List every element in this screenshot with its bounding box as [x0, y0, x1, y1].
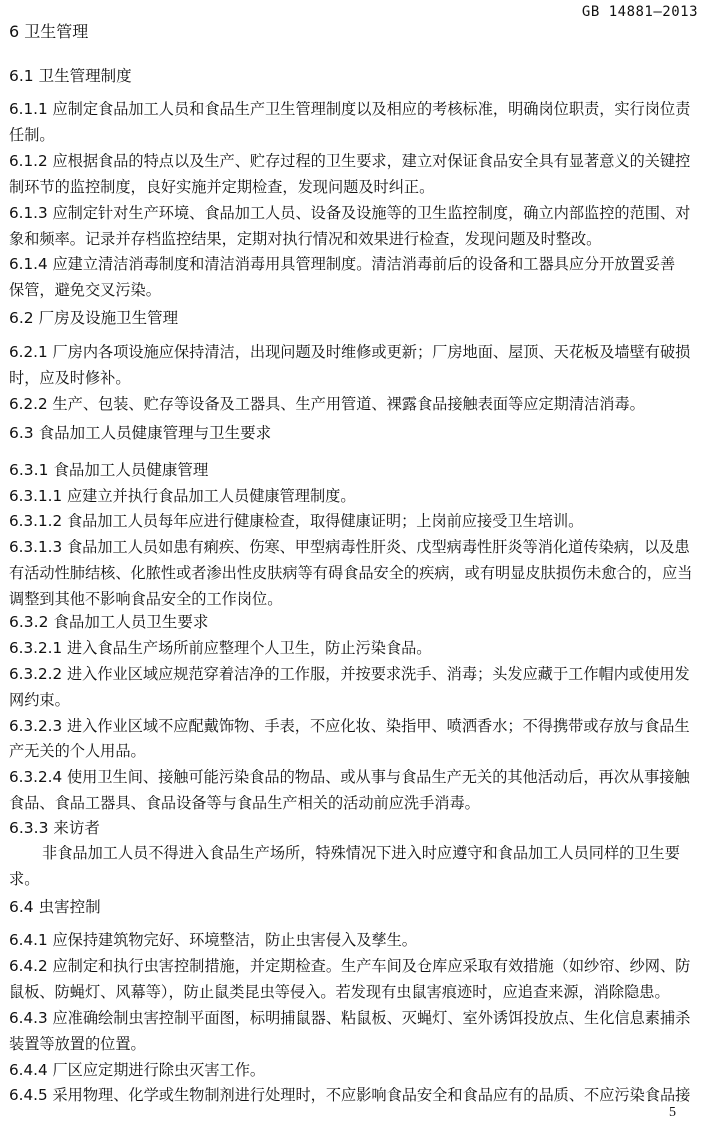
paragraph-line: 求。: [9, 869, 39, 889]
section-heading: 6.4 虫害控制: [9, 897, 101, 917]
page-number: 5: [669, 1105, 676, 1121]
paragraph-line: 6.4.3 应准确绘制虫害控制平面图，标明捕鼠器、粘鼠板、灭蝇灯、室外诱饵投放点…: [9, 1008, 690, 1028]
paragraph-line: 装置等放置的位置。: [9, 1034, 146, 1054]
paragraph-line: 6.3.2.1 进入食品生产场所前应整理个人卫生，防止污染食品。: [9, 638, 431, 658]
paragraph-line: 6.3.1.1 应建立并执行食品加工人员健康管理制度。: [9, 486, 356, 506]
paragraph-line: 非食品加工人员不得进入食品生产场所，特殊情况下进入时应遵守和食品加工人员同样的卫…: [42, 843, 680, 863]
paragraph-line: 鼠板、防蝇灯、风幕等），防止鼠类昆虫等侵入。若发现有虫鼠害痕迹时，应追查来源，消…: [9, 982, 670, 1002]
section-heading: 6 卫生管理: [9, 22, 88, 42]
section-heading: 6.1 卫生管理制度: [9, 66, 132, 86]
paragraph-line: 食品、食品工器具、食品设备等与食品生产相关的活动前应洗手消毒。: [9, 793, 480, 813]
paragraph-line: 6.1.2 应根据食品的特点以及生产、贮存过程的卫生要求，建立对保证食品安全具有…: [9, 151, 690, 171]
paragraph-line: 6.2.1 厂房内各项设施应保持清洁，出现问题及时维修或更新；厂房地面、屋顶、天…: [9, 342, 690, 362]
standard-code: GB 14881—2013: [582, 4, 698, 20]
paragraph-line: 6.1.3 应制定针对生产环境、食品加工人员、设备及设施等的卫生监控制度，确立内…: [9, 203, 690, 223]
section-heading: 6.3.2 食品加工人员卫生要求: [9, 612, 208, 632]
document-page: GB 14881—2013 6 卫生管理6.1 卫生管理制度6.1.1 应制定食…: [0, 0, 720, 1131]
paragraph-line: 网约束。: [9, 690, 70, 710]
paragraph-line: 6.4.1 应保持建筑物完好、环境整洁，防止虫害侵入及孳生。: [9, 930, 417, 950]
paragraph-line: 产无关的个人用品。: [9, 741, 146, 761]
paragraph-line: 6.1.1 应制定食品加工人员和食品生产卫生管理制度以及相应的考核标准，明确岗位…: [9, 99, 690, 119]
paragraph-line: 有活动性肺结核、化脓性或者渗出性皮肤病等有碍食品安全的疾病，或有明显皮肤损伤未愈…: [9, 563, 692, 583]
paragraph-line: 6.3.1.3 食品加工人员如患有痢疾、伤寒、甲型病毒性肝炎、戊型病毒性肝炎等消…: [9, 537, 690, 557]
section-heading: 6.3.3 来访者: [9, 818, 100, 838]
paragraph-line: 6.2.2 生产、包装、贮存等设备及工器具、生产用管道、裸露食品接触表面等应定期…: [9, 394, 645, 414]
section-heading: 6.2 厂房及设施卫生管理: [9, 308, 178, 328]
paragraph-line: 6.4.5 采用物理、化学或生物制剂进行处理时，不应影响食品安全和食品应有的品质…: [9, 1085, 690, 1105]
paragraph-line: 6.3.2.4 使用卫生间、接触可能污染食品的物品、或从事与食品生产无关的其他活…: [9, 767, 690, 787]
paragraph-line: 6.3.2.2 进入作业区域应规范穿着洁净的工作服，并按要求洗手、消毒；头发应藏…: [9, 664, 690, 684]
paragraph-line: 制环节的监控制度，良好实施并定期检查，发现问题及时纠正。: [9, 177, 434, 197]
paragraph-line: 6.4.2 应制定和执行虫害控制措施，并定期检查。生产车间及仓库应采取有效措施（…: [9, 956, 690, 976]
paragraph-line: 时，应及时修补。: [9, 368, 131, 388]
paragraph-line: 调整到其他不影响食品安全的工作岗位。: [9, 589, 282, 609]
paragraph-line: 保管，避免交叉污染。: [9, 280, 161, 300]
section-heading: 6.3.1 食品加工人员健康管理: [9, 460, 208, 480]
section-heading: 6.3 食品加工人员健康管理与卫生要求: [9, 423, 271, 443]
paragraph-line: 象和频率。记录并存档监控结果，定期对执行情况和效果进行检查，发现问题及时整改。: [9, 229, 601, 249]
paragraph-line: 6.1.4 应建立清洁消毒制度和清洁消毒用具管理制度。清洁消毒前后的设备和工器具…: [9, 254, 675, 274]
paragraph-line: 6.4.4 厂区应定期进行除虫灭害工作。: [9, 1060, 265, 1080]
paragraph-line: 6.3.1.2 食品加工人员每年应进行健康检查，取得健康证明；上岗前应接受卫生培…: [9, 511, 583, 531]
paragraph-line: 6.3.2.3 进入作业区域不应配戴饰物、手表，不应化妆、染指甲、喷洒香水；不得…: [9, 716, 690, 736]
paragraph-line: 任制。: [9, 125, 55, 145]
